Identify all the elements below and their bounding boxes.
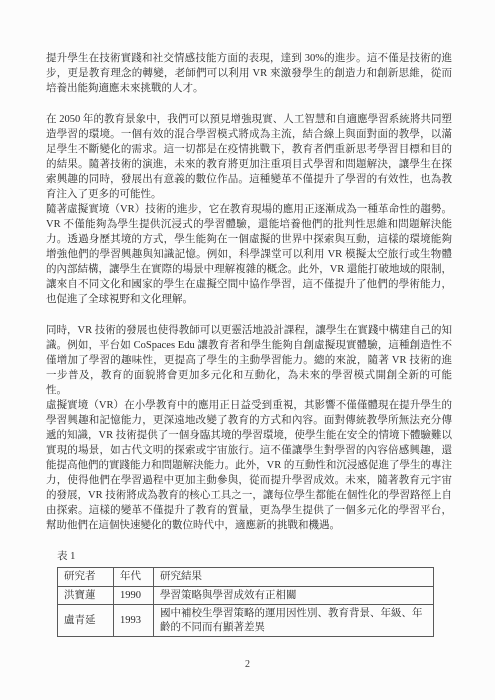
paragraph: 隨著虛擬實境（VR）技術的進步，它在教育現場的應用正逐漸成為一種革命性的趨勢。V…: [46, 202, 452, 307]
table-header-cell: 研究結果: [154, 568, 434, 587]
table-cell: 國中補校生學習策略的運用因性別、教育背景、年級、年齡的不同而有顯著差異: [154, 605, 434, 637]
table-header-cell: 研究者: [58, 568, 114, 587]
paragraphs: 提升學生在技術實踐和社交情感技能方面的表現，達到 30%的進步。這不僅是技術的進…: [46, 51, 452, 533]
table-header-cell: 年代: [114, 568, 154, 587]
paragraph: 虛擬實境（VR）在小學教育中的應用正日益受到重視，其影響不僅僅體現在提升學生的學…: [46, 398, 452, 533]
document-page: 提升學生在技術實踐和社交情感技能方面的表現，達到 30%的進步。這不僅是技術的進…: [0, 0, 495, 700]
table-header-row: 研究者年代研究結果: [58, 568, 434, 587]
table-row: 洪寶蓮1990學習策略與學習成效有正相關: [58, 586, 434, 605]
table-caption: 表 1: [57, 549, 452, 564]
paragraph: 在 2050 年的教育景象中，我們可以預見增強現實、人工智慧和自適應學習系統將共…: [46, 112, 452, 202]
table-cell: 洪寶蓮: [58, 586, 114, 605]
table-cell: 學習策略與學習成效有正相關: [154, 586, 434, 605]
research-table: 研究者年代研究結果 洪寶蓮1990學習策略與學習成效有正相關盧青延1993國中補…: [57, 567, 434, 637]
table-cell: 1990: [114, 586, 154, 605]
paragraph: 同時，VR 技術的發展也使得教師可以更靈活地設計課程，讓學生在實踐中構建自己的知…: [46, 323, 452, 398]
paragraph: 提升學生在技術實踐和社交情感技能方面的表現，達到 30%的進步。這不僅是技術的進…: [46, 51, 452, 96]
table-cell: 1993: [114, 605, 154, 637]
table-cell: 盧青延: [58, 605, 114, 637]
table-row: 盧青延1993國中補校生學習策略的運用因性別、教育背景、年級、年齡的不同而有顯著…: [58, 605, 434, 637]
page-number: 2: [0, 659, 495, 670]
table-body: 洪寶蓮1990學習策略與學習成效有正相關盧青延1993國中補校生學習策略的運用因…: [58, 586, 434, 637]
table-block: 表 1 研究者年代研究結果 洪寶蓮1990學習策略與學習成效有正相關盧青延199…: [46, 549, 452, 637]
